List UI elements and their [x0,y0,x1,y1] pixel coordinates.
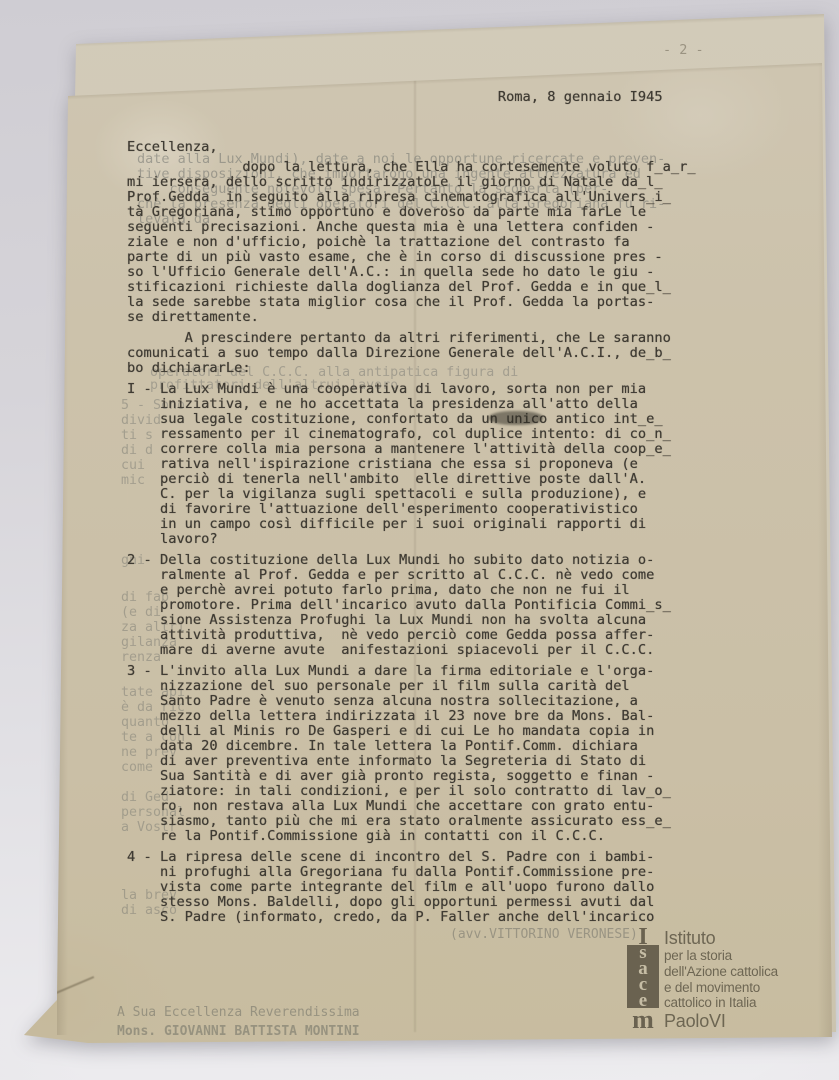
page2-top-edge-shadow [72,11,832,47]
typed-line: parte di un più vasto esame, che è in co… [127,250,727,265]
typed-line: seguenti precisazioni. Anche questa mia … [127,220,727,235]
bleedthrough-signature: (avv.VITTORINO VERONESE) [450,927,638,942]
typed-line: ressamento per il cinematografo, col dup… [127,427,727,442]
salutation: Eccellenza, [127,140,727,155]
typed-line: lavoro? [127,532,727,547]
typed-line: Sua Santità e di aver già pronto regista… [127,769,727,784]
watermark-acronym-letter: m [627,1008,659,1031]
typed-line: mezzo della lettera indirizzata il 23 no… [127,709,727,724]
paragraph-lines: I - La Lux Mundi è una cooperativa di la… [127,382,727,547]
typed-line: la sede sarebbe stata miglior cosa che i… [127,295,727,310]
typed-line: attività produttiva, nè vedo perciò come… [127,628,727,643]
paper-stack: - 2 - date alla Lux Mundi), date a noi l… [0,0,839,1080]
typed-line: delli al Minis ro De Gasperi e di cui Le… [127,724,727,739]
typed-line: so l'Ufficio Generale dell'A.C.: in quel… [127,265,727,280]
typed-line: C. per la vigilanza sugli spettacoli e s… [127,487,727,502]
typed-line: Prof.Gedda in seguito alla ripresa cinem… [127,190,727,205]
typed-line: ziatore: in tali condizioni, e per il so… [127,784,727,799]
bleedthrough-address-line: Mons. GIOVANNI BATTISTA MONTINI [117,1023,375,1042]
watermark-text-line: dell'Azione cattolica [664,964,778,980]
date-line: Roma, 8 gennaio I945 [127,90,727,105]
sheet-page-1: date alla Lux Mundi), date a noi le oppo… [0,0,839,1080]
typed-line: mare di averne avute anifestazioni spiac… [127,643,727,658]
typed-line: ziale e non d'ufficio, poichè la trattaz… [127,235,727,250]
typed-line: 4 - La ripresa delle scene di incontro d… [127,850,727,865]
watermark-text-line: PaoloVI [664,1011,778,1031]
typed-line: siasmo, tanto più che mi era stato oralm… [127,814,727,829]
bleedthrough-address-line: Sost.Segr.di Stato di Sua Santità [117,1042,375,1061]
paragraph-lines: 3 - L'invito alla Lux Mundi a dare la fi… [127,664,727,844]
typed-line: iniziativa, e ne ho accettata la preside… [127,397,727,412]
page1-left-edge-shadow [57,95,68,1035]
typed-line: sua legale costituzione, confortato da u… [127,412,727,427]
typed-line: A prescindere pertanto da altri riferime… [127,331,727,346]
typed-line: comunicati a suo tempo dalla Direzione G… [127,346,727,361]
bleedthrough-address-line: A Sua Eccellenza Reverendissima [117,1004,375,1023]
typed-line: perciò di tenerla nell'ambito elle diret… [127,472,727,487]
typed-line: dopo la lettura, che Ella ha cortesement… [127,160,727,175]
paragraph-lines: 4 - La ripresa delle scene di incontro d… [127,850,727,925]
paragraph-lines: 2 - Della costituzione della Lux Mundi h… [127,553,727,658]
letter-body: Roma, 8 gennaio I945 Eccellenza, dopo la… [127,90,727,925]
typed-line: promotore. Prima dell'incarico avuto dal… [127,598,727,613]
typed-line: 2 - Della costituzione della Lux Mundi h… [127,553,727,568]
paragraph-lines: dopo la lettura, che Ella ha cortesement… [127,160,727,325]
typed-line: S. Padre (informato, credo, da P. Faller… [127,910,727,925]
watermark-text-line: Istituto [664,929,778,948]
watermark-text-line: per la storia [664,948,778,964]
typed-line: di favorire l'attuazione dell'esperiment… [127,502,727,517]
typed-line: in un campo così difficile per i suoi or… [127,517,727,532]
paragraph: 4 - La ripresa delle scene di incontro d… [127,850,727,925]
typed-line: Santo Padre è venuto senza alcuna nostra… [127,694,727,709]
typed-line: stificazioni richieste dalla doglianza d… [127,280,727,295]
paragraph: dopo la lettura, che Ella ha cortesement… [127,160,727,325]
paragraph: I - La Lux Mundi è una cooperativa di la… [127,382,727,547]
typed-line: I - La Lux Mundi è una cooperativa di la… [127,382,727,397]
paragraph: A prescindere pertanto da altri riferime… [127,331,727,376]
typed-line: ni profughi alla Gregoriana fu dalla Pon… [127,865,727,880]
typed-line: re la Pontif.Commissione già in contatti… [127,829,727,844]
typed-line: se direttamente. [127,310,727,325]
typed-line: vista come parte integrante del film e a… [127,880,727,895]
typed-line: mi iersera, dello scritto indirizzatoLe … [127,175,727,190]
typed-line: rativa nell'ispirazione cristiana che es… [127,457,727,472]
watermark-text-line: e del movimento [664,980,778,996]
typed-line: tà Gregoriana, stimo opportuno e doveros… [127,205,727,220]
typed-line: stesso Mons. Baldelli, dopo gli opportun… [127,895,727,910]
typed-line: correre colla mia persona a mantenere l'… [127,442,727,457]
typed-line: nizzazione del suo personale per il film… [127,679,727,694]
typed-line: di aver preventiva ente informato la Seg… [127,754,727,769]
typed-line: e perchè avrei potuto farlo prima, dato … [127,583,727,598]
watermark-text: Istitutoper la storiadell'Azione cattoli… [664,929,778,1031]
letter-paragraphs: dopo la lettura, che Ella ha cortesement… [127,160,727,925]
watermark-acronym: Isacem [627,929,659,1031]
bleedthrough-address: A Sua Eccellenza ReverendissimaMons. GIO… [117,948,375,1061]
paragraph: 3 - L'invito alla Lux Mundi a dare la fi… [127,664,727,844]
photo-backdrop: - 2 - date alla Lux Mundi), date a noi l… [0,0,839,1080]
ink-smudge [489,411,543,425]
typed-line: sione Assistenza Profughi la Lux Mundi n… [127,613,727,628]
page2-number: - 2 - [663,42,704,58]
watermark-text-line: cattolico in Italia [664,995,778,1011]
typed-line: ro, non restava alla Lux Mundi che accet… [127,799,727,814]
typed-line: data 20 dicembre. In tale lettera la Pon… [127,739,727,754]
paragraph-lines: A prescindere pertanto da altri riferime… [127,331,727,376]
paragraph: 2 - Della costituzione della Lux Mundi h… [127,553,727,658]
typed-line: bo dichiararLe: [127,361,727,376]
typed-line: ralmente al Prof. Gedda e per scritto al… [127,568,727,583]
typed-line: 3 - L'invito alla Lux Mundi a dare la fi… [127,664,727,679]
archive-watermark: Isacem Istitutoper la storiadell'Azione … [627,929,778,1031]
